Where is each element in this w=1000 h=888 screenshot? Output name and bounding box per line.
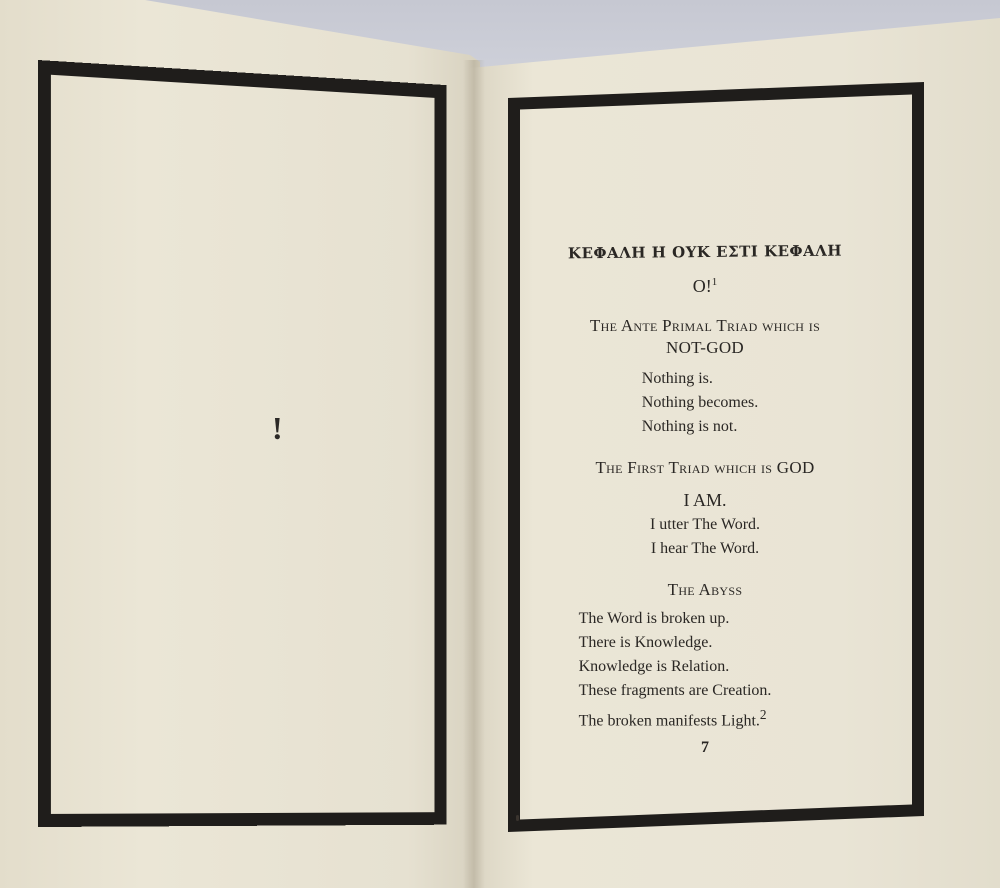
section-heading-first-triad: The First Triad which is GOD [520,457,890,479]
verse-line: The Word is broken up. [579,607,772,631]
verse-line-text: The broken manifests Light. [579,712,760,729]
book-gutter [463,60,485,888]
ante-primal-lines: Nothing is. Nothing becomes. Nothing is … [642,367,758,439]
footnote-marker-1: 1 [712,276,718,288]
left-page-exclamation: ! [272,410,283,447]
verse-line: Nothing is. [642,367,758,391]
page-number: 7 [520,739,890,757]
first-triad-lines: I AM. I utter The Word. I hear The Word. [650,479,760,561]
verse-line: Nothing is not. [642,415,758,439]
left-page-border-frame [38,60,447,827]
o-exclamation-line: O!1 [520,276,890,297]
heading-god: GOD [777,458,815,477]
heading-line: The First Triad which is [595,458,772,477]
abyss-lines: The Word is broken up. There is Knowledg… [579,607,772,733]
verse-line: I hear The Word. [650,537,760,561]
o-text: O! [693,276,712,296]
right-page-text: ΚΕΦΑΛΗ Η ΟΥΚ ΕΣΤΙ ΚΕΦΑΛΗ O!1 The Ante Pr… [520,240,890,757]
section-heading-ante-primal: The Ante Primal Triad which is NOT-GOD [520,315,890,359]
verse-line: There is Knowledge. [579,631,772,655]
greek-title: ΚΕΦΑΛΗ Η ΟΥΚ ΕΣΤΙ ΚΕΦΑΛΗ [520,241,890,263]
verse-line-i-am: I AM. [650,487,760,513]
verse-line: Nothing becomes. [642,391,758,415]
verse-line-last: The broken manifests Light.2 [579,703,772,733]
section-heading-abyss: The Abyss [520,579,890,601]
verse-line: Knowledge is Relation. [579,655,772,679]
heading-line-not-god: NOT-GOD [520,337,890,359]
footnote-marker-2: 2 [760,707,767,722]
heading-line: The Ante Primal Triad which is [520,315,890,337]
verse-line: I utter The Word. [650,513,760,537]
paper-speck [516,815,519,821]
verse-line: These fragments are Creation. [579,679,772,703]
